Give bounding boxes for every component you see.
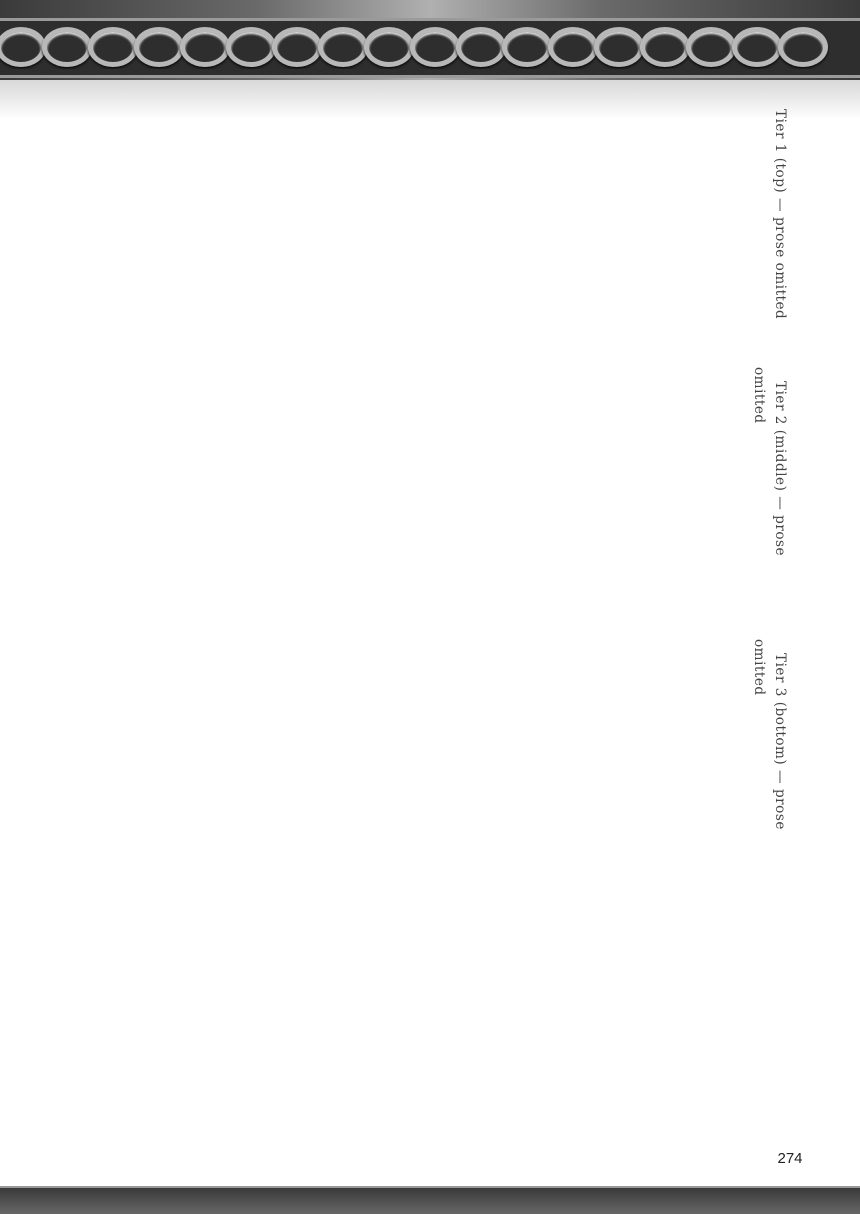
tier-placeholder: Tier 1 (top) — prose omitted (769, 95, 790, 345)
tier-placeholder: Tier 2 (middle) — prose omitted (748, 367, 790, 617)
decorative-footer (0, 1186, 860, 1214)
text-tier-middle: Tier 2 (middle) — prose omitted (90, 367, 790, 617)
text-tier-top: Tier 1 (top) — prose omitted (90, 95, 790, 345)
knot-pattern (0, 27, 860, 69)
tier-placeholder: Tier 3 (bottom) — prose omitted (748, 639, 790, 889)
decorative-header (0, 0, 860, 80)
page-number: 274 (760, 1150, 820, 1167)
text-tier-bottom: Tier 3 (bottom) — prose omitted (90, 639, 790, 889)
celtic-knot-border (0, 18, 860, 78)
body-text: Tier 1 (top) — prose omitted Tier 2 (mid… (90, 95, 790, 1115)
